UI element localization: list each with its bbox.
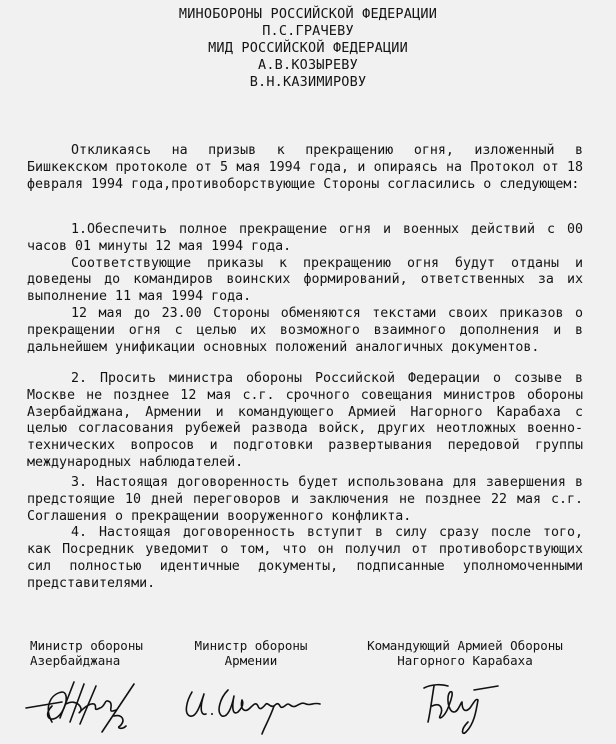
item-1-orders: Соответствующие приказы к прекращению ог…: [27, 256, 583, 306]
signatory-title: Командующий Армией Обороны: [350, 638, 580, 653]
addressee-block: МИНОБОРОНЫ РОССИЙСКОЙ ФЕДЕРАЦИИ П.С.ГРАЧ…: [0, 6, 616, 91]
signatory-azerbaijan: Министр обороны Азербайджана: [30, 638, 143, 668]
signature-armenia-icon: [178, 678, 338, 738]
signatory-title: Министр обороны: [30, 638, 143, 653]
signature-azerbaijan-icon: [22, 678, 142, 738]
item-3: 3. Настоящая договоренность будет исполь…: [27, 475, 583, 525]
signatory-country: Армении: [185, 653, 317, 668]
intro-paragraph: Откликаясь на призыв к прекращению огня,…: [27, 143, 583, 193]
document-page: МИНОБОРОНЫ РОССИЙСКОЙ ФЕДЕРАЦИИ П.С.ГРАЧ…: [0, 0, 616, 744]
item-1-block: 1.Обеспечить полное прекращение огня и в…: [27, 222, 583, 356]
signature-karabakh-icon: [418, 678, 508, 738]
item-4: 4. Настоящая договоренность вступит в си…: [27, 525, 583, 592]
item-3-4-block: 3. Настоящая договоренность будет исполь…: [27, 475, 583, 593]
addressee-line: А.В.КОЗЫРЕВУ: [0, 57, 616, 74]
signatory-armenia: Министр обороны Армении: [185, 638, 317, 668]
addressee-line: В.Н.КАЗИМИРОВУ: [0, 74, 616, 91]
intro-paragraph-block: Откликаясь на призыв к прекращению огня,…: [27, 143, 583, 193]
signatory-country: Азербайджана: [30, 653, 143, 668]
signatory-title: Министр обороны: [185, 638, 317, 653]
item-1-main: 1.Обеспечить полное прекращение огня и в…: [27, 222, 583, 256]
addressee-line: П.С.ГРАЧЕВУ: [0, 23, 616, 40]
signatory-country: Нагорного Карабаха: [350, 653, 580, 668]
addressee-line: МИНОБОРОНЫ РОССИЙСКОЙ ФЕДЕРАЦИИ: [0, 6, 616, 23]
signatory-nagorno-karabakh: Командующий Армией Обороны Нагорного Кар…: [350, 638, 580, 668]
addressee-line: МИД РОССИЙСКОЙ ФЕДЕРАЦИИ: [0, 40, 616, 57]
item-2-block: 2. Просить министра обороны Российской Ф…: [27, 371, 583, 472]
item-2: 2. Просить министра обороны Российской Ф…: [27, 371, 583, 472]
item-1-exchange: 12 мая до 23.00 Стороны обменяются текст…: [27, 306, 583, 356]
